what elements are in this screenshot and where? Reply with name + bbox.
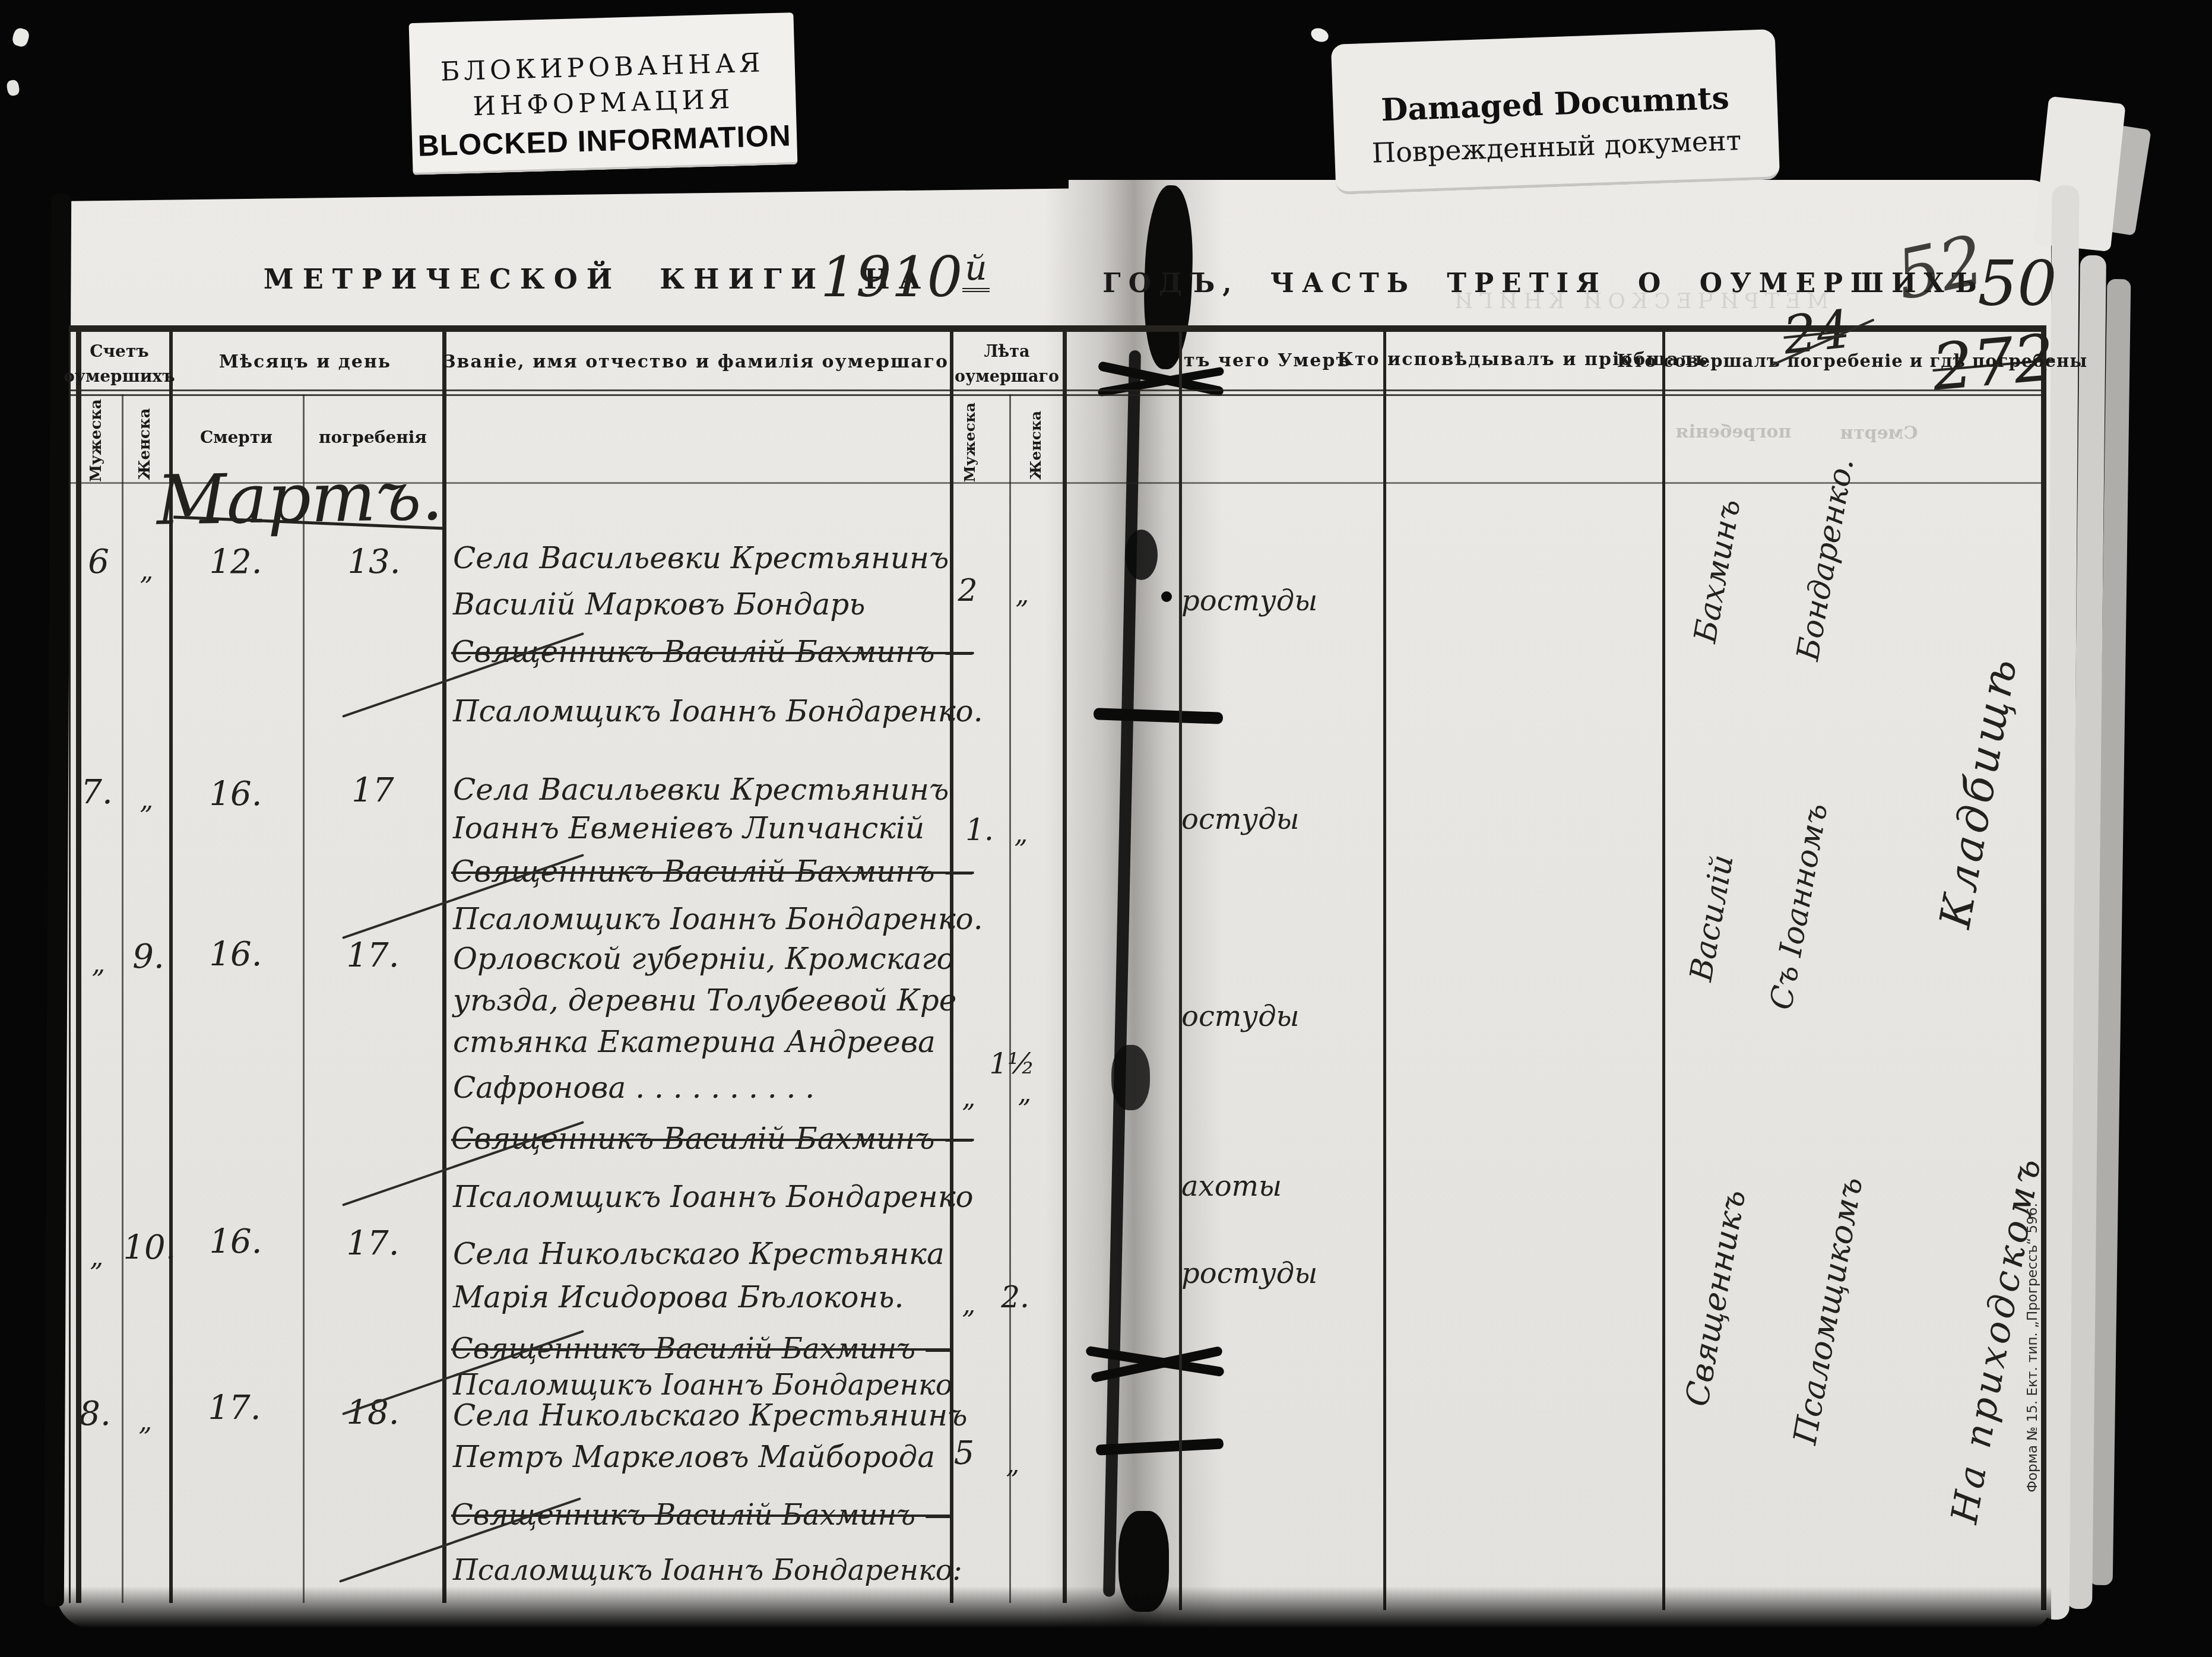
blocked-information-card: БЛОКИРОВАННАЯ ИНФОРМАЦИЯ BLOCKED INFORMA… xyxy=(409,12,798,175)
entry2-name-line2: Іоаннъ Евменіевъ Липчанскій xyxy=(453,813,924,843)
ink-dot xyxy=(1161,591,1172,602)
entry5-count-female: „ xyxy=(139,1409,153,1435)
entry1-death-day: 12. xyxy=(209,546,262,579)
entry3-name-line2: уѣзда, деревни Толубеевой Кре xyxy=(453,986,956,1015)
entry2-psalmist: Псаломщикъ Іоаннъ Бондаренко. xyxy=(453,904,983,934)
paper-speck xyxy=(1309,26,1330,45)
cause-entry4: ахоты xyxy=(1181,1172,1282,1200)
entry4-name-line2: Марія Исидорова Бѣлоконь. xyxy=(453,1282,904,1312)
year-suffix: й xyxy=(962,248,989,292)
entry5-count-male: 8. xyxy=(79,1398,110,1431)
entry3-name-line4: Сафронова . . . . . . . . . . xyxy=(453,1073,815,1102)
year-value: 1910 xyxy=(820,245,962,310)
entry5-burial-day: 18. xyxy=(346,1396,399,1430)
col-date-group: Мѣсяцъ и день xyxy=(219,353,391,371)
entry3-count-female: 9. xyxy=(132,940,164,974)
table-vline xyxy=(1009,394,1011,1603)
paper-speck xyxy=(11,27,31,48)
torn-corner-paper xyxy=(2033,96,2125,252)
table-vline xyxy=(1179,325,1182,1610)
damaged-card-ru-line: Поврежденный документ xyxy=(1371,126,1742,167)
entry3-psalmist: Псаломщикъ Іоаннъ Бондаренко xyxy=(453,1182,974,1212)
entry4-psalmist: Псаломщикъ Іоаннъ Бондаренко xyxy=(453,1371,953,1399)
entry4-name-line1: Села Никольскаго Крестьянка xyxy=(453,1239,945,1269)
col-count-group-line1: Счетъ xyxy=(90,343,148,360)
col-cause-header: тъ чего Умеръ xyxy=(1184,352,1351,370)
page-number-scribble: 52 xyxy=(1890,226,1989,311)
entry3-name-line1: Орловской губерніи, Кромскаго xyxy=(453,944,955,974)
entry3-burial-day: 17. xyxy=(346,939,399,972)
col-age-female: Женска xyxy=(1028,411,1043,480)
entry5-psalmist: Псаломщикъ Іоаннъ Бондаренко: xyxy=(453,1556,962,1585)
damaged-document-card: Damaged Documnts Поврежденный документ xyxy=(1331,29,1780,195)
col-age-group-line2: оумершаго xyxy=(955,369,1059,385)
entry4-age-female: 2. xyxy=(1001,1282,1029,1312)
page-number: 50 xyxy=(1978,253,2057,315)
entry1-count-male: 6 xyxy=(88,546,109,579)
col-age-group-line1: Лѣта xyxy=(984,344,1029,360)
entry1-name-line2: Василій Марковъ Бондарь xyxy=(453,590,865,619)
entry1-name-line1: Села Васильевки Крестьянинъ xyxy=(453,543,949,573)
table-vline xyxy=(1662,325,1665,1610)
entry2-age-male: 1. xyxy=(965,815,994,845)
page-bottom-shadow xyxy=(56,1586,2051,1634)
table-vline xyxy=(122,394,123,1603)
entry1-age-male: 2 xyxy=(958,575,977,606)
blocked-card-en-line: BLOCKED INFORMATION xyxy=(417,121,791,161)
col-burial-header: Кто совершалъ погребеніе и гдѣ погребены xyxy=(1617,353,2087,370)
entry4-age-male: „ xyxy=(962,1292,976,1318)
entry1-burial-day: 13. xyxy=(347,546,400,579)
cause-entry3: остуды xyxy=(1181,1002,1300,1031)
table-top-border xyxy=(70,325,2043,332)
entry2-age-female: „ xyxy=(1015,821,1028,847)
entry1-age-female: „ xyxy=(1016,582,1029,608)
col-count-group-line2: оумершихъ xyxy=(64,368,175,385)
blocked-card-ru-line1: БЛОКИРОВАННАЯ xyxy=(441,50,765,85)
entry5-priest-crossed: Священникъ Василій Бахминъ — xyxy=(451,1501,953,1529)
table-vline xyxy=(69,325,71,1603)
entry2-count-male: 7. xyxy=(81,776,112,809)
col-date-burial: погребенія xyxy=(319,429,427,446)
table-vline xyxy=(2041,325,2046,1610)
entry4-count-male: „ xyxy=(90,1244,104,1271)
entry5-name-line1: Села Никольскаго Крестьянинъ xyxy=(453,1401,968,1430)
entry3-death-day: 16. xyxy=(209,938,262,971)
table-vline xyxy=(1063,325,1067,1603)
table-vline xyxy=(303,394,305,1603)
col-count-male: Мужеска xyxy=(88,399,104,482)
binding-blob xyxy=(1125,530,1158,580)
col-age-male: Мужеска xyxy=(962,403,977,482)
col-count-female: Женска xyxy=(137,408,153,480)
ghost-death-offset: Смерти xyxy=(1840,424,1918,442)
left-page-year: 1910й xyxy=(820,250,990,306)
table-header-rule xyxy=(70,389,2043,391)
entry2-burial-day: 17 xyxy=(351,774,394,807)
entry4-count-female: 10. xyxy=(123,1231,176,1265)
entry4-death-day: 16. xyxy=(209,1225,262,1259)
paper-speck xyxy=(6,79,20,96)
ghost-title-offset: МЕТРИЧЕСКОЙ КНИГИ xyxy=(1449,291,1829,312)
entry3-name-line3: стьянка Екатерина Андреева xyxy=(453,1027,936,1057)
cause-entry5: ростуды xyxy=(1181,1259,1317,1288)
entry3-age-female: 1½ xyxy=(989,1050,1035,1078)
cause-entry2: остуды xyxy=(1181,805,1300,834)
table-header-rule xyxy=(70,394,2043,396)
cause-entry1: ростуды xyxy=(1181,587,1317,615)
entry5-age-male: 5 xyxy=(954,1437,974,1469)
col-name-header: Званіе, имя отчество и фамилія оумершаго xyxy=(443,353,949,371)
entry1-psalmist: Псаломщикъ Іоаннъ Бондаренко. xyxy=(453,696,983,726)
entry3-count-male: „ xyxy=(92,951,106,977)
entry5-name-line2: Петръ Маркеловъ Майборода xyxy=(453,1442,935,1472)
col-date-death: Смерти xyxy=(200,429,272,446)
ghost-burial-offset: погребенія xyxy=(1675,423,1791,441)
entry5-death-day: 17. xyxy=(208,1392,261,1425)
entry3-age-male: „ xyxy=(962,1085,976,1111)
table-vline xyxy=(1383,325,1386,1610)
entry1-count-female: „ xyxy=(140,558,154,584)
damaged-card-en-line: Damaged Documnts xyxy=(1380,83,1729,126)
blocked-card-ru-line2: ИНФОРМАЦИЯ xyxy=(473,87,734,120)
scanned-metrical-book-spread: МЕТРИЧЕСКОЙ КНИГИ НА 1910й ГОДЪ, ЧАСТЬ Т… xyxy=(0,0,2212,1657)
entry4-burial-day: 17. xyxy=(346,1227,399,1260)
entry2-death-day: 16. xyxy=(209,778,262,811)
binding-blob xyxy=(1111,1045,1150,1110)
form-imprint: Форма № 15. Ект. тип. „Прогрессъ“ 596. xyxy=(2026,1203,2040,1493)
entry2-name-line1: Села Васильевки Крестьянинъ xyxy=(453,775,949,804)
month-script: Мартъ. xyxy=(156,462,443,535)
entry2-count-female: „ xyxy=(140,787,154,813)
entry5-age-female: „ xyxy=(1006,1452,1020,1478)
entry3-age-ditto: „ xyxy=(1018,1081,1032,1107)
